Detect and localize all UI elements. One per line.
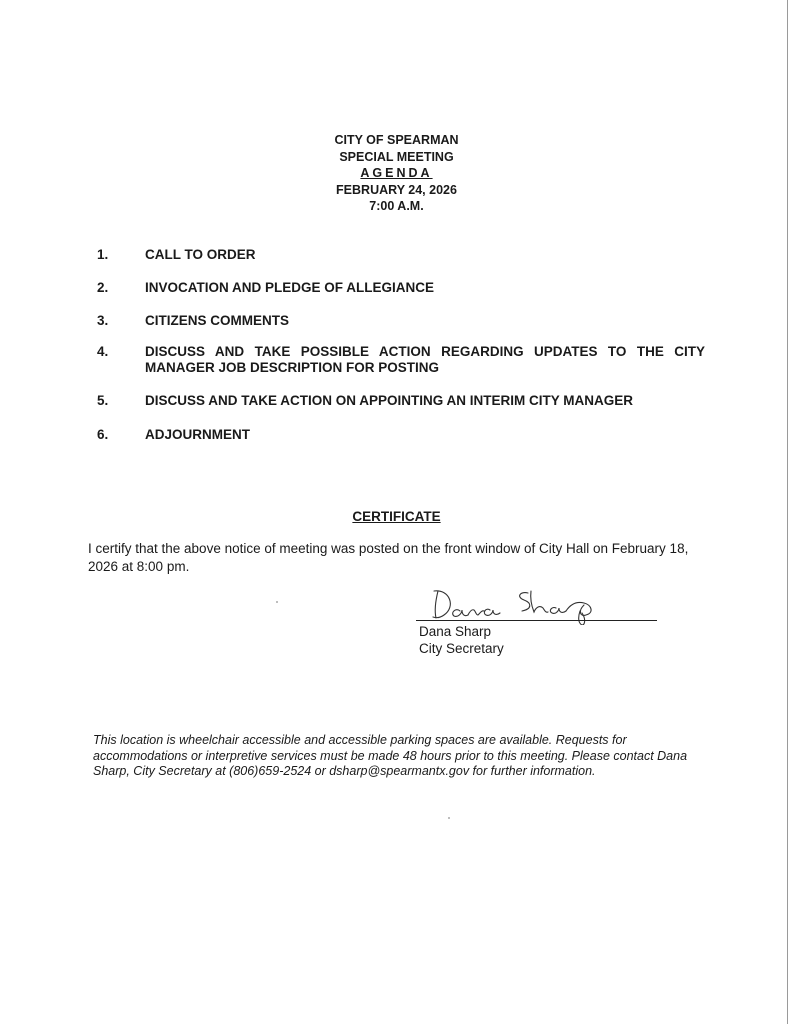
- meeting-date: FEBRUARY 24, 2026: [0, 182, 793, 199]
- item-number: 5.: [97, 393, 137, 409]
- certificate-body: I certify that the above notice of meeti…: [88, 540, 698, 576]
- signer-title: City Secretary: [419, 640, 504, 657]
- meeting-type: SPECIAL MEETING: [0, 149, 793, 166]
- item-number: 3.: [97, 313, 137, 329]
- item-number: 4.: [97, 344, 137, 360]
- scan-speck: [276, 601, 278, 603]
- signature-line: [416, 620, 657, 621]
- item-text: INVOCATION AND PLEDGE OF ALLEGIANCE: [145, 280, 705, 296]
- city-name: CITY OF SPEARMAN: [0, 132, 793, 149]
- agenda-header: CITY OF SPEARMAN SPECIAL MEETING AGENDA …: [0, 132, 793, 215]
- item-number: 2.: [97, 280, 137, 296]
- item-number: 1.: [97, 247, 137, 263]
- item-number: 6.: [97, 427, 137, 443]
- agenda-title: AGENDA: [360, 166, 432, 180]
- meeting-time: 7:00 A.M.: [0, 198, 793, 215]
- certificate-title: CERTIFICATE: [0, 509, 793, 524]
- signer-block: Dana Sharp City Secretary: [419, 623, 504, 657]
- item-text: DISCUSS AND TAKE ACTION ON APPOINTING AN…: [145, 393, 705, 409]
- item-text: CITIZENS COMMENTS: [145, 313, 705, 329]
- item-text: ADJOURNMENT: [145, 427, 705, 443]
- accessibility-notice: This location is wheelchair accessible a…: [93, 733, 693, 780]
- signer-name: Dana Sharp: [419, 623, 504, 640]
- signature-icon: [416, 585, 656, 625]
- scan-speck: [448, 817, 450, 819]
- item-text: DISCUSS AND TAKE POSSIBLE ACTION REGARDI…: [145, 344, 705, 376]
- item-text: CALL TO ORDER: [145, 247, 705, 263]
